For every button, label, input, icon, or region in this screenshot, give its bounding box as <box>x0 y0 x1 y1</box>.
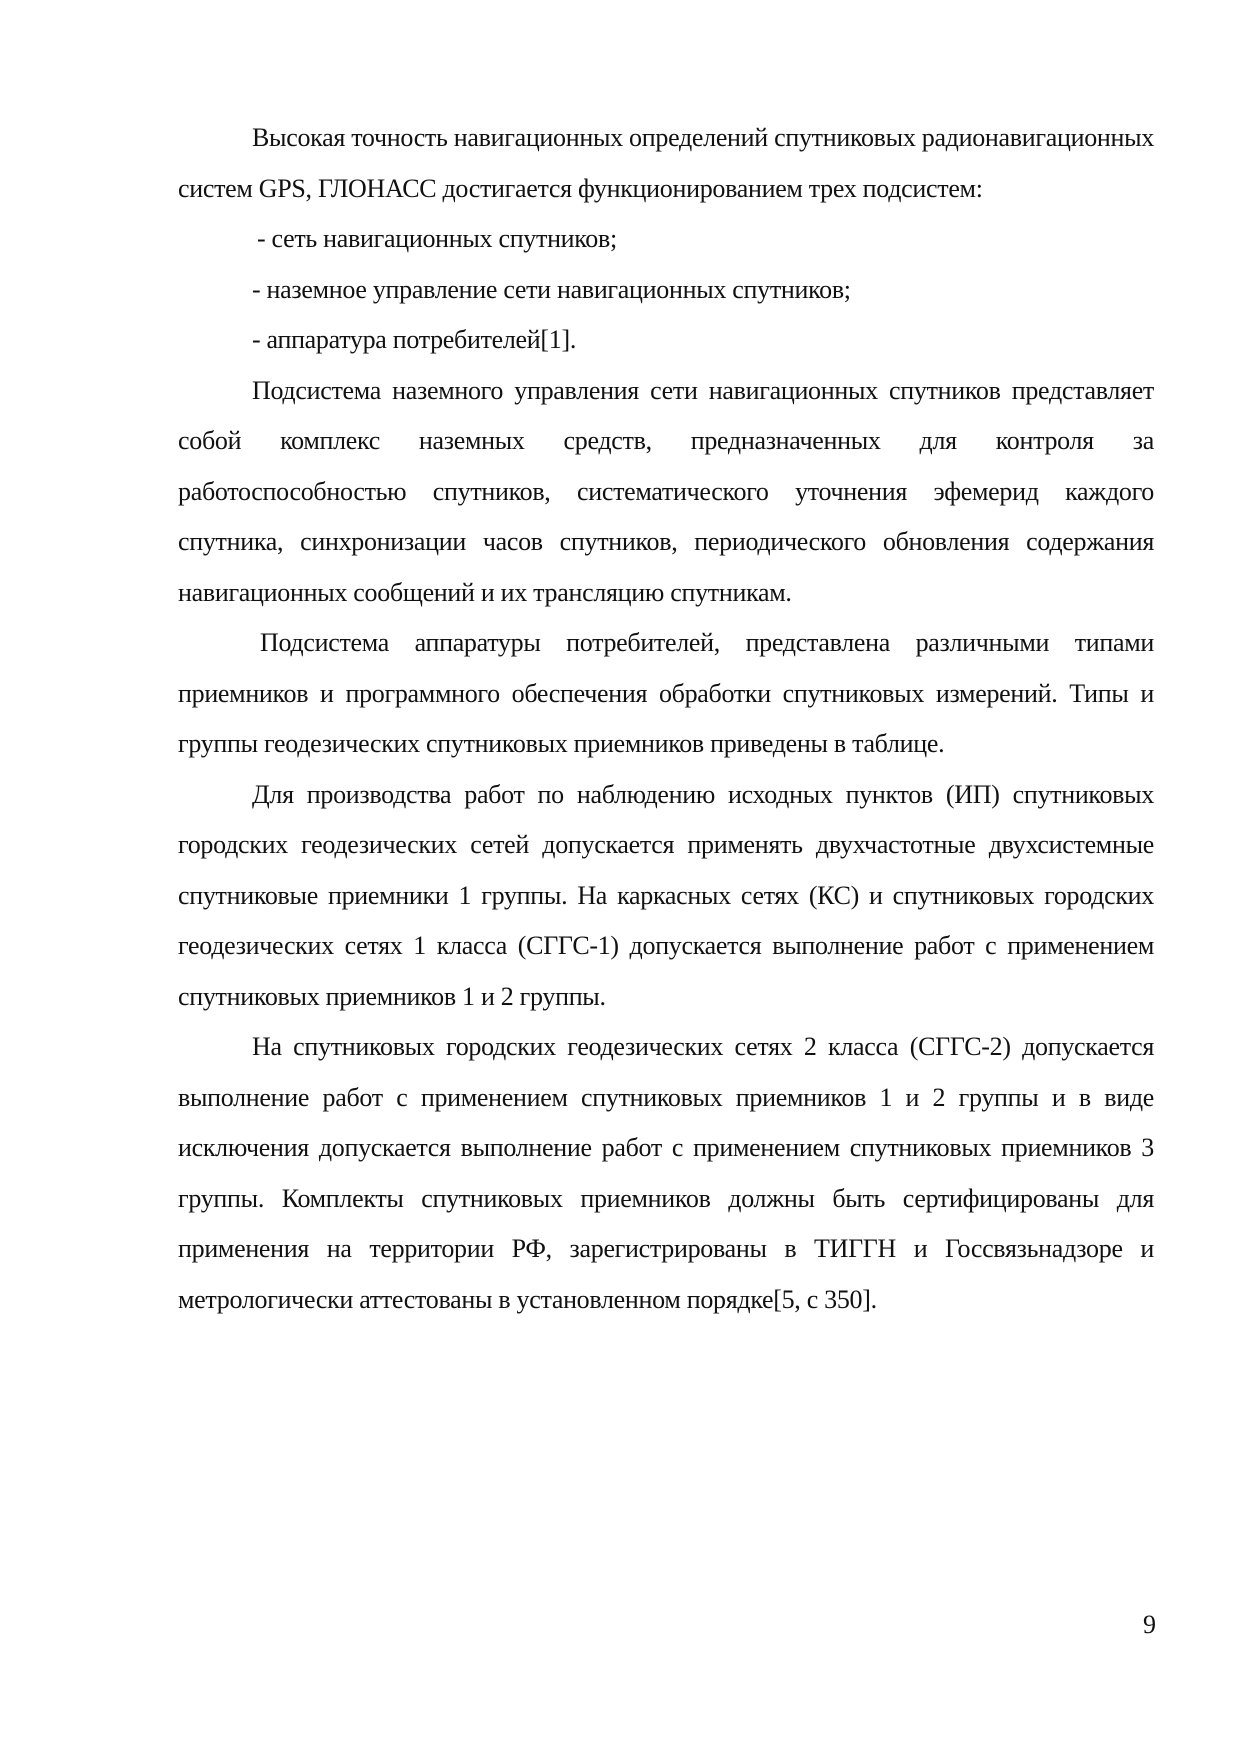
page-number: 9 <box>1143 1610 1156 1640</box>
intro-paragraph: Высокая точность навигационных определен… <box>178 113 1154 214</box>
paragraph-user-equipment: Подсистема аппаратуры потребителей, пред… <box>178 618 1154 770</box>
list-item: - наземное управление сети навигационных… <box>178 265 1154 316</box>
list-item: - сеть навигационных спутников; <box>178 214 1154 265</box>
subsystems-list: - сеть навигационных спутников; - наземн… <box>178 214 1154 366</box>
document-page: Высокая точность навигационных определен… <box>178 113 1154 1325</box>
paragraph-class-2-networks: На спутниковых городских геодезических с… <box>178 1022 1154 1325</box>
paragraph-initial-points: Для производства работ по наблюдению исх… <box>178 770 1154 1023</box>
list-item: - аппаратура потребителей[1]. <box>178 315 1154 366</box>
paragraph-ground-control: Подсистема наземного управления сети нав… <box>178 366 1154 619</box>
